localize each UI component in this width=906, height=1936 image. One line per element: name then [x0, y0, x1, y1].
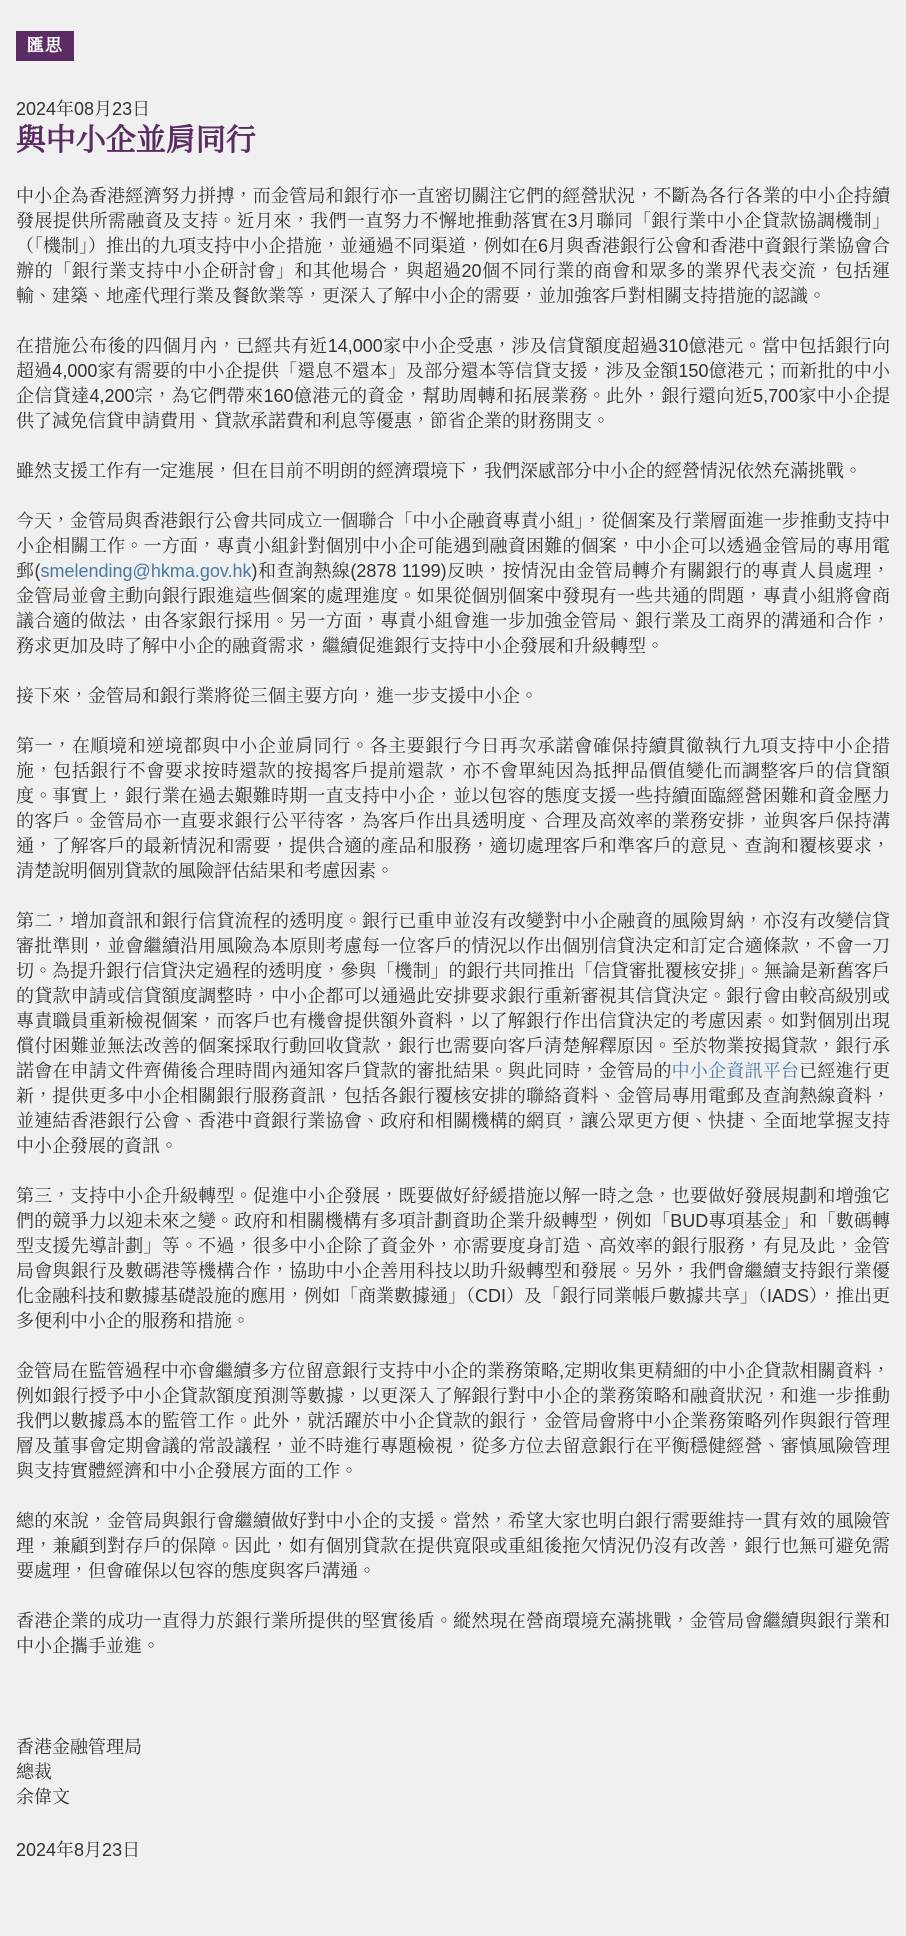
article-paragraph: 第一，在順境和逆境都與中小企並肩同行。各主要銀行今日再次承諾會確保持續貫徹執行九… [16, 734, 890, 884]
closing-date: 2024年8月23日 [16, 1838, 890, 1863]
article-paragraph: 在措施公布後的四個月內，已經共有近14,000家中小企受惠，涉及信貸額度超過31… [16, 334, 890, 434]
insight-badge: 匯思 [16, 31, 74, 61]
signature-name: 余偉文 [16, 1785, 890, 1810]
article-paragraph: 總的來說，金管局與銀行會繼續做好對中小企的支援。當然，希望大家也明白銀行需要維持… [16, 1509, 890, 1584]
email-link[interactable]: smelending@hkma.gov.hk [40, 561, 251, 581]
article-paragraph: 今天，金管局與香港銀行公會共同成立一個聯合「中小企融資專責小組」，從個案及行業層… [16, 509, 890, 659]
page-title: 與中小企並肩同行 [16, 123, 890, 159]
signature-organization: 香港金融管理局 [16, 1735, 890, 1760]
article-body: 中小企為香港經濟努力拼搏，而金管局和銀行亦一直密切關注它們的經營狀況，不斷為各行… [16, 184, 890, 1659]
article-paragraph: 香港企業的成功一直得力於銀行業所提供的堅實後盾。縱然現在營商環境充滿挑戰，金管局… [16, 1609, 890, 1659]
article-paragraph: 第三，支持中小企升級轉型。促進中小企發展，既要做好紓緩措施以解一時之急，也要做好… [16, 1184, 890, 1334]
article-paragraph: 雖然支援工作有一定進展，但在目前不明朗的經濟環境下，我們深感部分中小企的經營情況… [16, 459, 890, 484]
article-page: 匯思 2024年08月23日 與中小企並肩同行 中小企為香港經濟努力拼搏，而金管… [0, 0, 906, 1936]
article-paragraph: 中小企為香港經濟努力拼搏，而金管局和銀行亦一直密切關注它們的經營狀況，不斷為各行… [16, 184, 890, 309]
signature-block: 香港金融管理局 總裁 余偉文 [16, 1735, 890, 1810]
article-date: 2024年08月23日 [16, 98, 890, 120]
sme-info-platform-link[interactable]: 中小企資訊平台 [672, 1061, 800, 1081]
signature-role: 總裁 [16, 1760, 890, 1785]
article-paragraph: 金管局在監管過程中亦會繼續多方位留意銀行支持中小企的業務策略,定期收集更精細的中… [16, 1359, 890, 1484]
article-paragraph: 接下來，金管局和銀行業將從三個主要方向，進一步支援中小企。 [16, 684, 890, 709]
article-paragraph: 第二，增加資訊和銀行信貸流程的透明度。銀行已重申並沒有改變對中小企融資的風險胃納… [16, 909, 890, 1159]
